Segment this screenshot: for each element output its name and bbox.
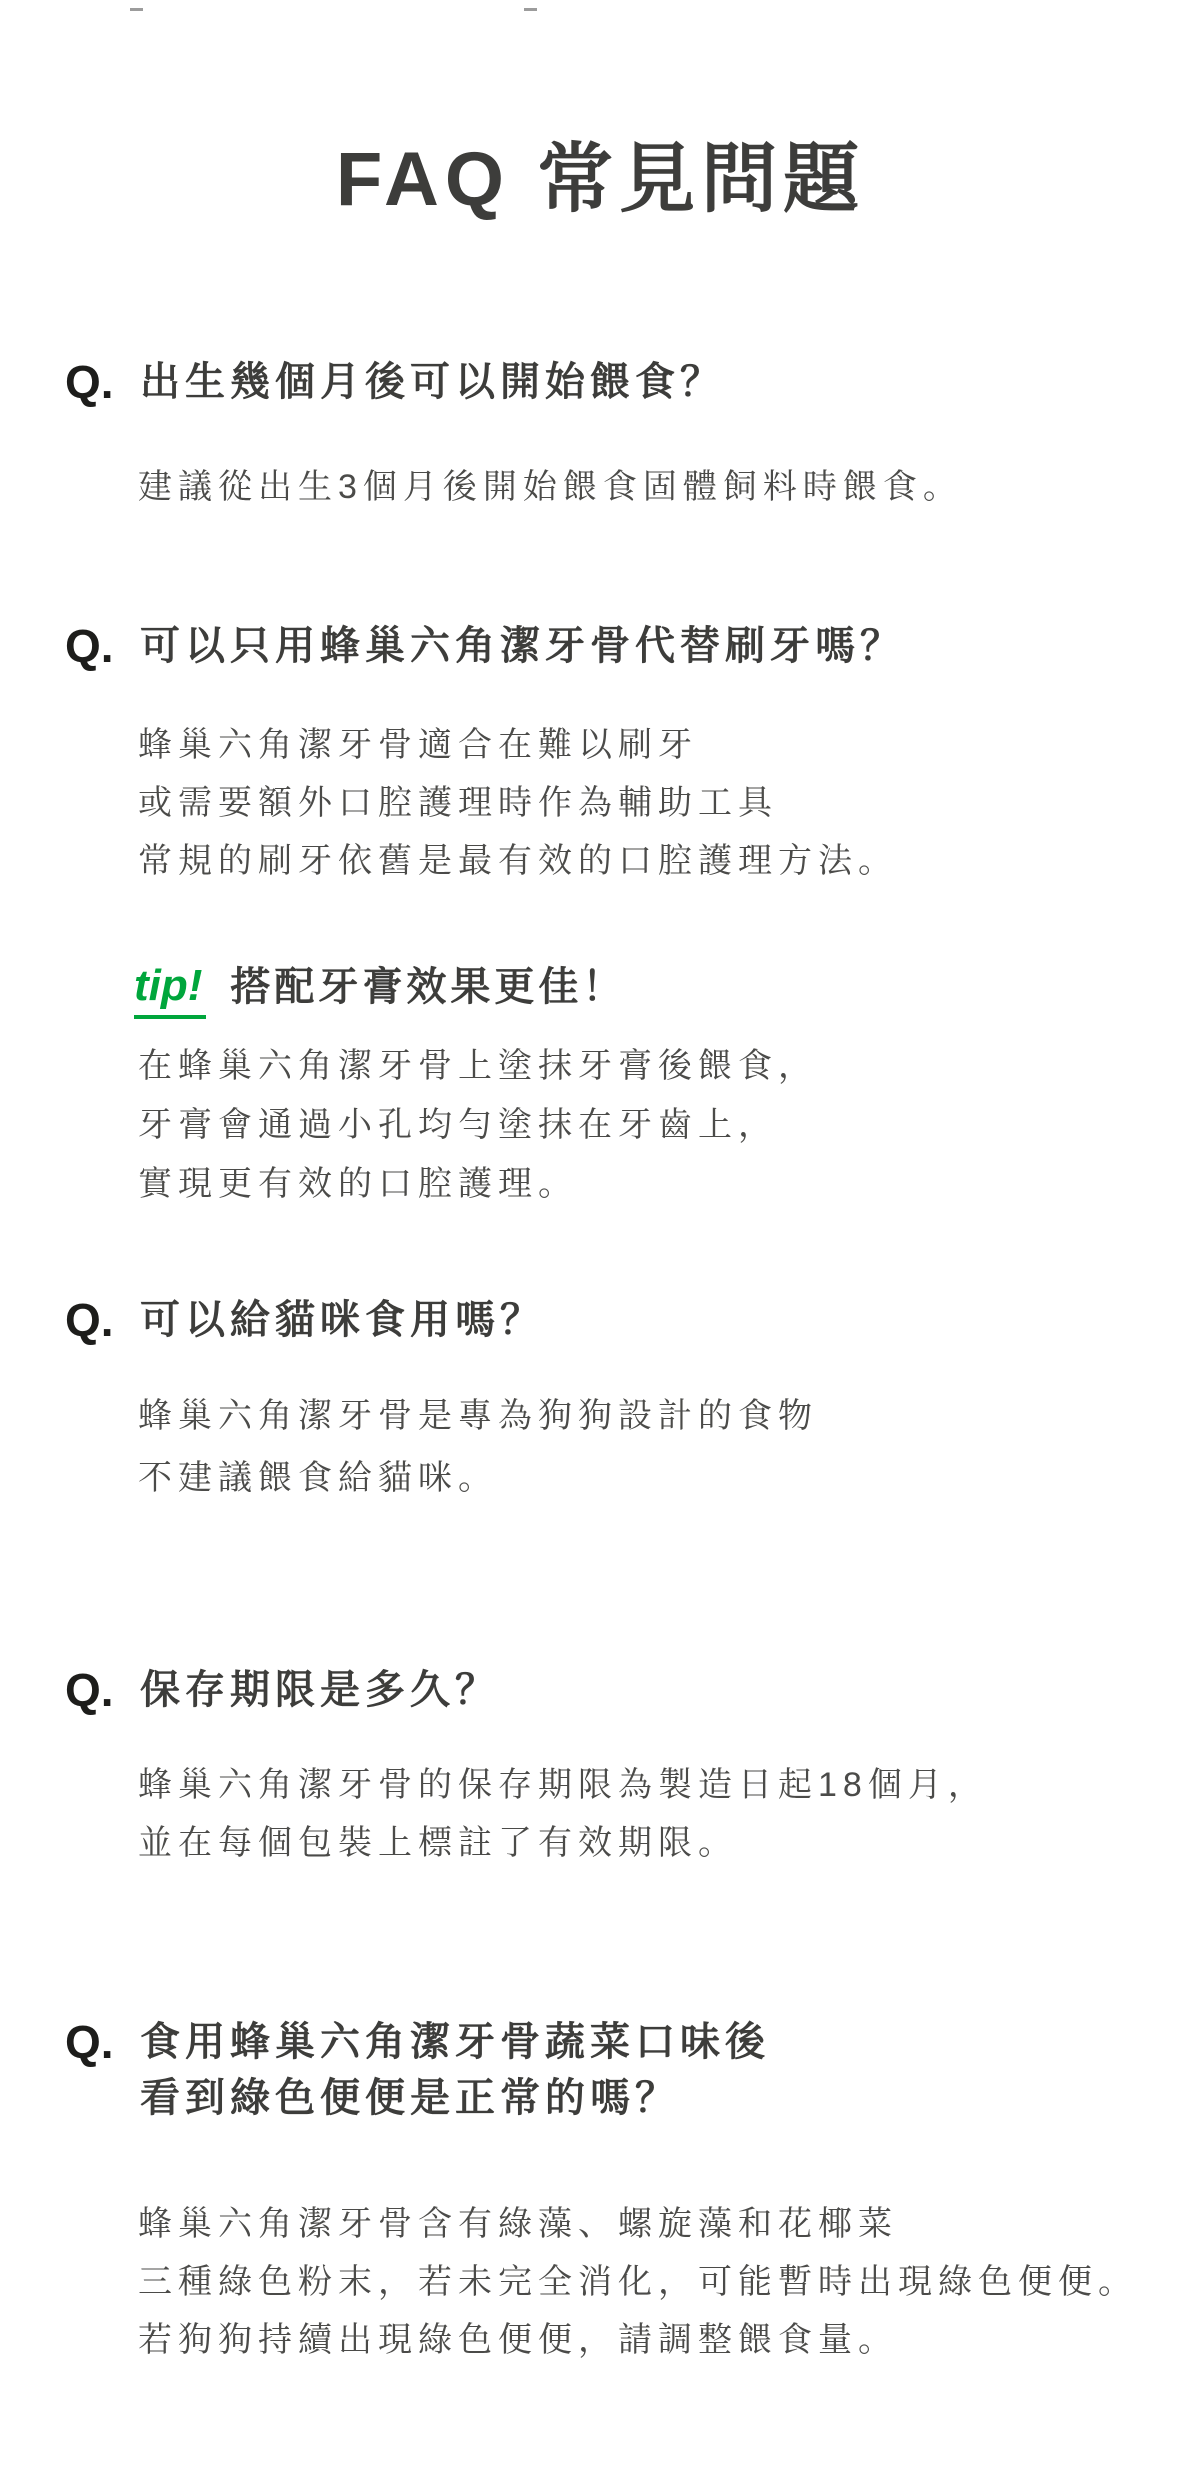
answer-line: 建議從出生3個月後開始餵食固體飼料時餵食。: [138, 458, 963, 516]
question-text: 食用蜂巢六角潔牙骨蔬菜口味後 看到綠色便便是正常的嗎？: [140, 2014, 770, 2126]
page-title: FAQ 常見問題: [0, 118, 1201, 227]
question-text: 保存期限是多久？: [140, 1662, 500, 1718]
question-text: 可以給貓咪食用嗎？: [140, 1292, 545, 1348]
faq-question-5: Q. 食用蜂巢六角潔牙骨蔬菜口味後 看到綠色便便是正常的嗎？: [65, 2014, 770, 2126]
tip-body-line: 牙膏會通過小孔均勻塗抹在牙齒上，: [138, 1096, 818, 1155]
tip-label: tip!: [134, 960, 206, 1019]
answer-line: 或需要額外口腔護理時作為輔助工具: [138, 774, 898, 832]
faq-answer-2: 蜂巢六角潔牙骨適合在難以刷牙 或需要額外口腔護理時作為輔助工具 常規的刷牙依舊是…: [138, 716, 898, 890]
answer-line: 蜂巢六角潔牙骨的保存期限為製造日起18個月，: [138, 1756, 988, 1814]
question-line: 看到綠色便便是正常的嗎？: [140, 2070, 770, 2126]
question-text: 可以只用蜂巢六角潔牙骨代替刷牙嗎？: [140, 618, 905, 674]
q-marker: Q.: [65, 618, 140, 674]
faq-answer-4: 蜂巢六角潔牙骨的保存期限為製造日起18個月， 並在每個包裝上標註了有效期限。: [138, 1756, 988, 1872]
q-marker: Q.: [65, 1292, 140, 1348]
faq-question-2: Q. 可以只用蜂巢六角潔牙骨代替刷牙嗎？: [65, 618, 905, 674]
faq-answer-5: 蜂巢六角潔牙骨含有綠藻、螺旋藻和花椰菜 三種綠色粉末，若未完全消化，可能暫時出現…: [138, 2195, 1138, 2369]
faq-question-1: Q. 出生幾個月後可以開始餵食？: [65, 354, 725, 410]
question-text: 出生幾個月後可以開始餵食？: [140, 354, 725, 410]
faq-question-4: Q. 保存期限是多久？: [65, 1662, 500, 1718]
faq-answer-3: 蜂巢六角潔牙骨是專為狗狗設計的食物 不建議餵食給貓咪。: [138, 1385, 818, 1509]
crop-artifact-dash: [130, 8, 143, 11]
tip-body-line: 實現更有效的口腔護理。: [138, 1155, 818, 1214]
tip-body: 在蜂巢六角潔牙骨上塗抹牙膏後餵食， 牙膏會通過小孔均勻塗抹在牙齒上， 實現更有效…: [138, 1037, 818, 1214]
answer-line: 蜂巢六角潔牙骨含有綠藻、螺旋藻和花椰菜: [138, 2195, 1138, 2253]
faq-answer-1: 建議從出生3個月後開始餵食固體飼料時餵食。: [138, 458, 963, 516]
answer-line: 不建議餵食給貓咪。: [138, 1447, 818, 1509]
question-line: 食用蜂巢六角潔牙骨蔬菜口味後: [140, 2014, 770, 2070]
q-marker: Q.: [65, 2014, 140, 2070]
answer-line: 蜂巢六角潔牙骨是專為狗狗設計的食物: [138, 1385, 818, 1447]
faq-question-3: Q. 可以給貓咪食用嗎？: [65, 1292, 545, 1348]
tip-heading-text: 搭配牙膏效果更佳！: [230, 961, 626, 1013]
answer-line: 若狗狗持續出現綠色便便，請調整餵食量。: [138, 2311, 1138, 2369]
q-marker: Q.: [65, 1662, 140, 1718]
answer-line: 並在每個包裝上標註了有效期限。: [138, 1814, 988, 1872]
answer-line: 蜂巢六角潔牙骨適合在難以刷牙: [138, 716, 898, 774]
answer-line: 常規的刷牙依舊是最有效的口腔護理方法。: [138, 832, 898, 890]
tip-body-line: 在蜂巢六角潔牙骨上塗抹牙膏後餵食，: [138, 1037, 818, 1096]
faq-page: FAQ 常見問題 Q. 出生幾個月後可以開始餵食？ 建議從出生3個月後開始餵食固…: [0, 0, 1201, 2472]
tip-callout-heading: tip! 搭配牙膏效果更佳！: [134, 960, 626, 1019]
crop-artifact-dash: [524, 8, 537, 11]
answer-line: 三種綠色粉末，若未完全消化，可能暫時出現綠色便便。: [138, 2253, 1138, 2311]
q-marker: Q.: [65, 354, 140, 410]
